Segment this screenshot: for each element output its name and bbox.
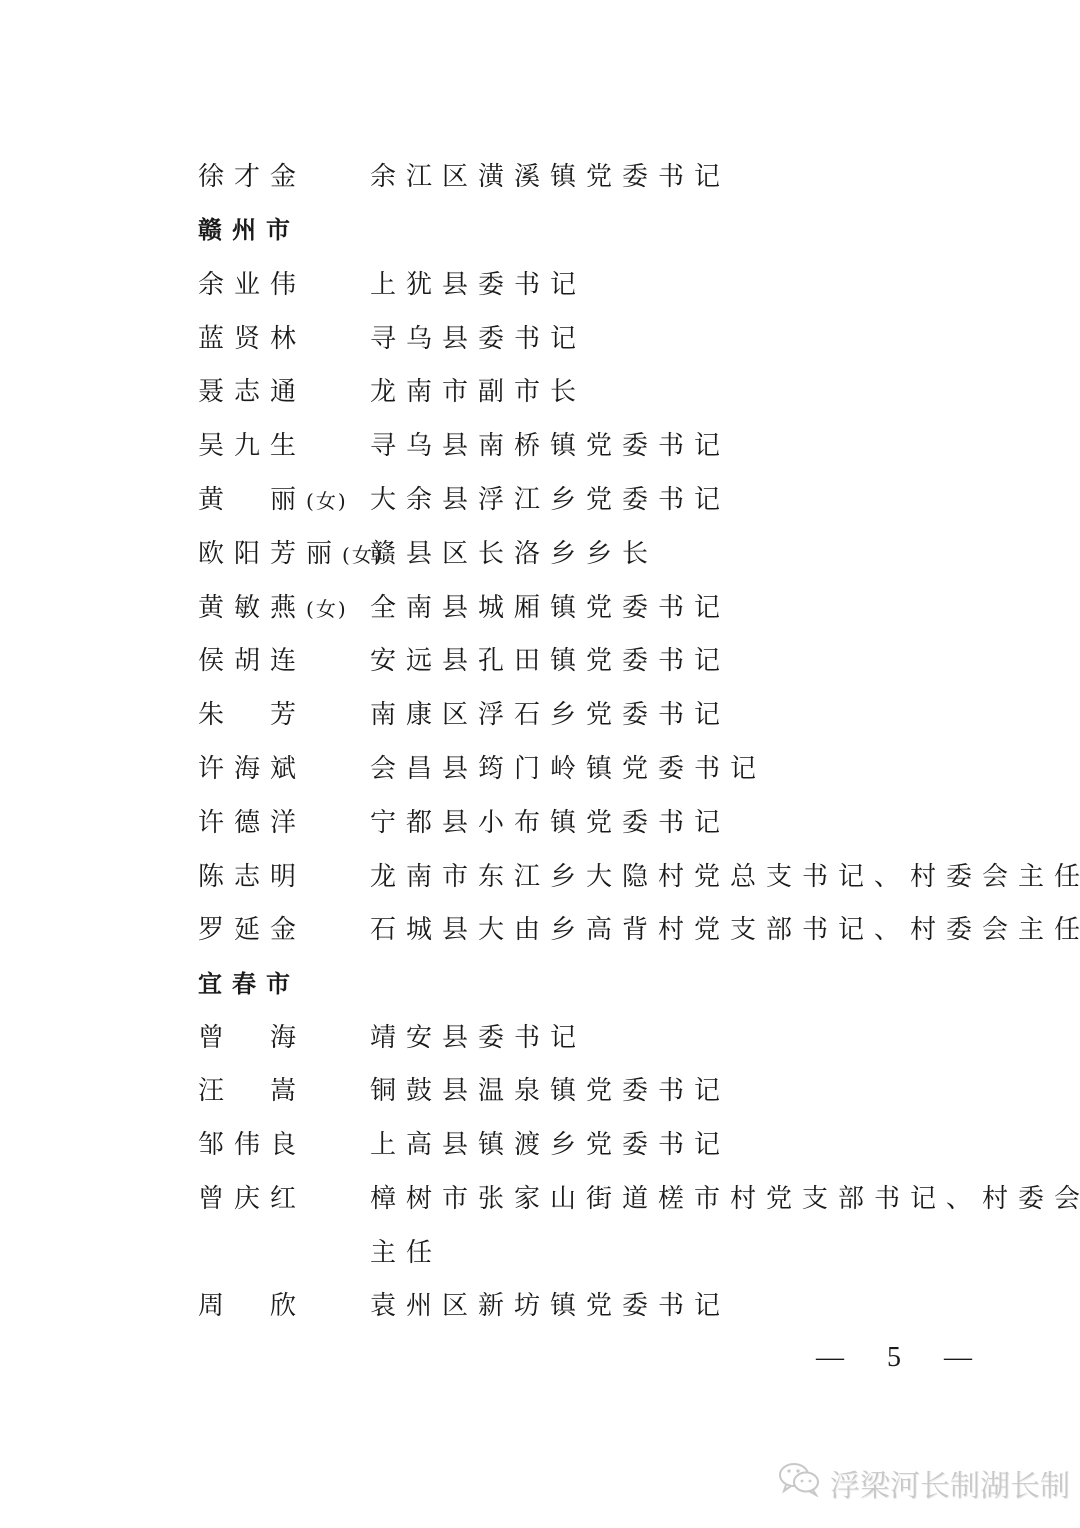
person-title: 安远县孔田镇党委书记 <box>370 641 730 681</box>
watermark-text: 浮梁河长制湖长制 <box>830 1461 1070 1505</box>
name-text: 黄 丽 <box>198 485 306 515</box>
person-title: 樟树市张家山街道槎市村党支部书记、村委会 <box>370 1179 1080 1219</box>
person-title: 余江区潢溪镇党委书记 <box>370 157 730 197</box>
person-name: 吴九生 <box>198 426 306 466</box>
page-number: — 5 — <box>816 1338 990 1378</box>
section-heading-ganzhou: 赣州市 <box>198 210 300 250</box>
person-name: 许德洋 <box>198 803 306 843</box>
person-title: 大余县浮江乡党委书记 <box>370 480 730 520</box>
person-name: 汪 嵩 <box>198 1071 306 1111</box>
person-title: 袁州区新坊镇党委书记 <box>370 1286 730 1326</box>
person-name: 余业伟 <box>198 265 306 305</box>
person-name: 侯胡连 <box>198 641 306 681</box>
watermark: 浮梁河长制湖长制 <box>778 1458 1070 1508</box>
person-title: 寻乌县南桥镇党委书记 <box>370 426 730 466</box>
document-page: 徐才金 余江区潢溪镇党委书记 赣州市 余业伟 上犹县委书记 蓝贤林 寻乌县委书记… <box>0 0 1080 1528</box>
gender-note: (女) <box>306 489 348 513</box>
person-title: 龙南市副市长 <box>370 372 586 412</box>
person-name: 许海斌 <box>198 749 306 789</box>
person-name: 聂志通 <box>198 372 306 412</box>
person-title: 铜鼓县温泉镇党委书记 <box>370 1071 730 1111</box>
person-name: 黄 丽(女) <box>198 480 348 521</box>
section-heading-yichun: 宜春市 <box>198 964 300 1004</box>
person-title: 会昌县筠门岭镇党委书记 <box>370 749 766 789</box>
person-name: 黄敏燕(女) <box>198 588 348 629</box>
person-title: 上高县镇渡乡党委书记 <box>370 1125 730 1165</box>
person-name: 朱 芳 <box>198 695 306 735</box>
person-name: 曾庆红 <box>198 1179 306 1219</box>
person-name: 曾 海 <box>198 1018 306 1058</box>
person-title: 宁都县小布镇党委书记 <box>370 803 730 843</box>
person-name: 罗延金 <box>198 910 306 950</box>
person-name: 徐才金 <box>198 157 306 197</box>
person-title: 全南县城厢镇党委书记 <box>370 588 730 628</box>
person-title: 龙南市东江乡大隐村党总支书记、村委会主任 <box>370 857 1080 897</box>
person-title: 上犹县委书记 <box>370 265 586 305</box>
person-title-continuation: 主任 <box>370 1233 442 1273</box>
person-name: 欧阳芳丽(女) <box>198 534 384 575</box>
person-title: 靖安县委书记 <box>370 1018 586 1058</box>
name-text: 黄敏燕 <box>198 593 306 623</box>
person-title: 南康区浮石乡党委书记 <box>370 695 730 735</box>
gender-note: (女) <box>306 597 348 621</box>
wechat-icon <box>778 1461 830 1505</box>
person-name: 邹伟良 <box>198 1125 306 1165</box>
person-name: 蓝贤林 <box>198 319 306 359</box>
person-title: 石城县大由乡高背村党支部书记、村委会主任 <box>370 910 1080 950</box>
name-text: 欧阳芳丽 <box>198 539 342 569</box>
person-name: 周 欣 <box>198 1286 306 1326</box>
person-name: 陈志明 <box>198 857 306 897</box>
person-title: 寻乌县委书记 <box>370 319 586 359</box>
person-title: 赣县区长洛乡乡长 <box>370 534 658 574</box>
